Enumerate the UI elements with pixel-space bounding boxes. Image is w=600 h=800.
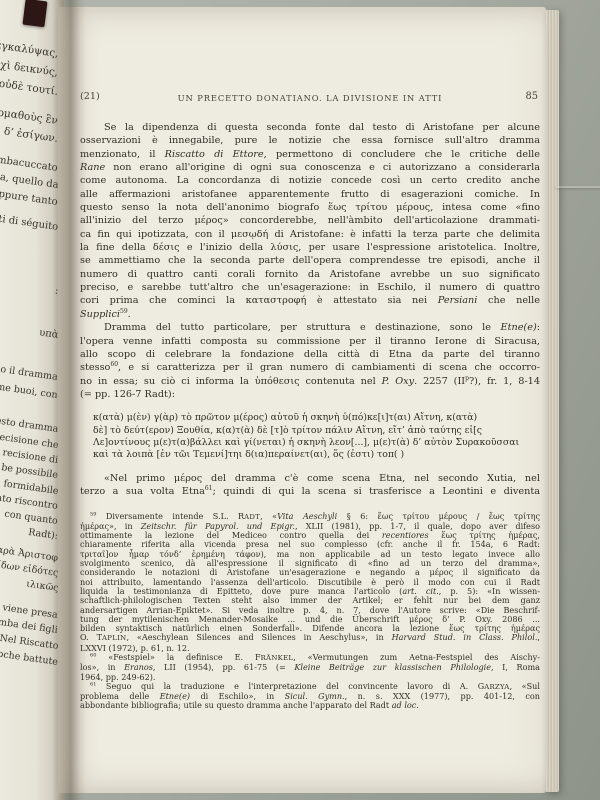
paragraph-2: Dramma del tutto particolare, per strutt… bbox=[80, 321, 540, 401]
page-fore-edge bbox=[546, 10, 559, 792]
text-line: se ammettiamo che la seconda parte dell'… bbox=[80, 254, 540, 267]
footnote-60: 60 «Festspiel» la definisce E. FRÄNKEL, … bbox=[80, 653, 540, 682]
text-line: menzionato, il Riscatto di Ettore, perme… bbox=[80, 148, 540, 161]
facing-page-text-fragment: ιλικῶς bbox=[25, 579, 59, 594]
facing-page-text-fragment: tale imbacuccato bbox=[0, 151, 59, 174]
text-line: abbondante bibliografia; utile su questo… bbox=[80, 701, 540, 710]
facing-page-text-fragment: con quanto bbox=[4, 509, 59, 527]
text-line: Λε]οντίνους μ(ε)τ(α)βάλλει καὶ γί(νεται)… bbox=[93, 437, 545, 449]
facing-page-text-fragment: ome buoi, con bbox=[0, 381, 59, 401]
page-header: (21) UN PRECETTO DONATIANO. LA DIVISIONE… bbox=[80, 91, 540, 104]
text-line: come autonoma. La concordanza di notizie… bbox=[80, 174, 540, 187]
text-line: ca fin qui ipotizzata, con il μεσῳδή di … bbox=[80, 228, 540, 241]
book-page: (21) UN PRECETTO DONATIANO. LA DIVISIONE… bbox=[58, 7, 546, 793]
facing-page-text-fragment: ας οὐδὲ τουτί. bbox=[0, 75, 59, 97]
book-photo: σεν ἐγκαλύψας,ον οὐχὶ δεικνύς,ας οὐδὲ το… bbox=[0, 0, 600, 800]
text-line: stesso60, e si caratterizza per il gran … bbox=[80, 361, 540, 374]
background-seam bbox=[556, 186, 600, 188]
text-line: Rane non erano all'origine di ogni sua c… bbox=[80, 161, 540, 174]
text-line: l'opera venne infatti composta su commis… bbox=[80, 335, 540, 348]
body-text: Se la dipendenza di questa seconda fonte… bbox=[80, 121, 540, 711]
facing-page-text-fragment: questo dramma bbox=[0, 414, 59, 435]
footnote-61: 61 Seguo qui la traduzione e l'interpret… bbox=[80, 682, 540, 711]
greek-quotation-block: κ(ατὰ) μ(ὲν) γ(ὰρ) τὸ πρῶτον μ(έρος) αὐτ… bbox=[93, 412, 545, 462]
text-line: Dramma del tutto particolare, per strutt… bbox=[80, 321, 540, 334]
facing-page-text-fragment: ειδεν ὁρμαθοὺς ἓν bbox=[0, 101, 59, 126]
text-line: κ(ατὰ) μ(ὲν) γ(ὰρ) τὸ πρῶτον μ(έρος) αὐτ… bbox=[93, 412, 545, 424]
text-line: Se la dipendenza di questa seconda fonte… bbox=[80, 121, 540, 134]
page-content: (21) UN PRECETTO DONATIANO. LA DIVISIONE… bbox=[80, 7, 540, 711]
footnote-59: 59 Diversamente intende S.L. RADT, «Vita… bbox=[80, 512, 540, 653]
paragraph-3-translation: «Nel primo μέρος del dramma c'è come sce… bbox=[80, 472, 540, 499]
text-line: preciso, e sarebbe tutt'altro che un'esa… bbox=[80, 281, 540, 294]
text-line: (= pp. 126-7 Radt): bbox=[80, 388, 540, 401]
text-line: cori prima che cominci la καταστροφή è a… bbox=[80, 294, 540, 307]
text-line: all'inizio del terzo μέρος» concorderebb… bbox=[80, 214, 540, 227]
text-line: la fine della δέσις e l'inizio della λύσ… bbox=[80, 241, 540, 254]
footnotes-section: 59 Diversamente intende S.L. RADT, «Vita… bbox=[80, 512, 540, 711]
facing-page-text-fragment: υπὰ bbox=[38, 327, 59, 341]
page-number: 85 bbox=[526, 91, 538, 102]
facing-page-text-fragment: di canti di séguito bbox=[0, 209, 59, 233]
text-line: alle affermazioni aristofanee apparentem… bbox=[80, 188, 540, 201]
text-line: «Nel primo μέρος del dramma c'è come sce… bbox=[80, 472, 540, 485]
facing-page-text-fragment: ando il dramma bbox=[0, 362, 59, 383]
text-line: osservazioni è innegabile, pure le notiz… bbox=[80, 134, 540, 147]
facing-page-text-fragment: σεν ἐγκαλύψας, bbox=[0, 36, 59, 60]
text-line: δὲ] τὸ δεύτ(ερον) Ξουθία, κ(α)τ(ὰ) δὲ [τ… bbox=[93, 425, 545, 437]
text-line: allo scopo di celebrare la fondazione de… bbox=[80, 348, 540, 361]
text-line: καὶ τὰ λοιπὰ [ἐν τῶι Τεμενί]τηι δ(ια)περ… bbox=[93, 449, 545, 461]
text-line: numero di quattro canti corali fornito d… bbox=[80, 268, 540, 281]
bookmark-tab bbox=[22, 0, 47, 27]
header-left-mark: (21) bbox=[80, 91, 100, 102]
facing-page: σεν ἐγκαλύψας,ον οὐχὶ δεικνύς,ας οὐδὲ το… bbox=[0, 0, 64, 800]
text-line: questo senso la nota dell'anonimo biogra… bbox=[80, 201, 540, 214]
facing-page-text-fragment: Radt): bbox=[28, 527, 59, 542]
text-line: Supplici59. bbox=[80, 308, 540, 321]
paragraph-1: Se la dipendenza di questa seconda fonte… bbox=[80, 121, 540, 321]
running-title: UN PRECETTO DONATIANO. LA DIVISIONE IN A… bbox=[110, 93, 510, 103]
text-line: terzo a sua volta Etna61; quindi di qui … bbox=[80, 485, 540, 498]
text-line: no in essa; su ciò ci informa la ὑπόθεσι… bbox=[80, 375, 540, 388]
